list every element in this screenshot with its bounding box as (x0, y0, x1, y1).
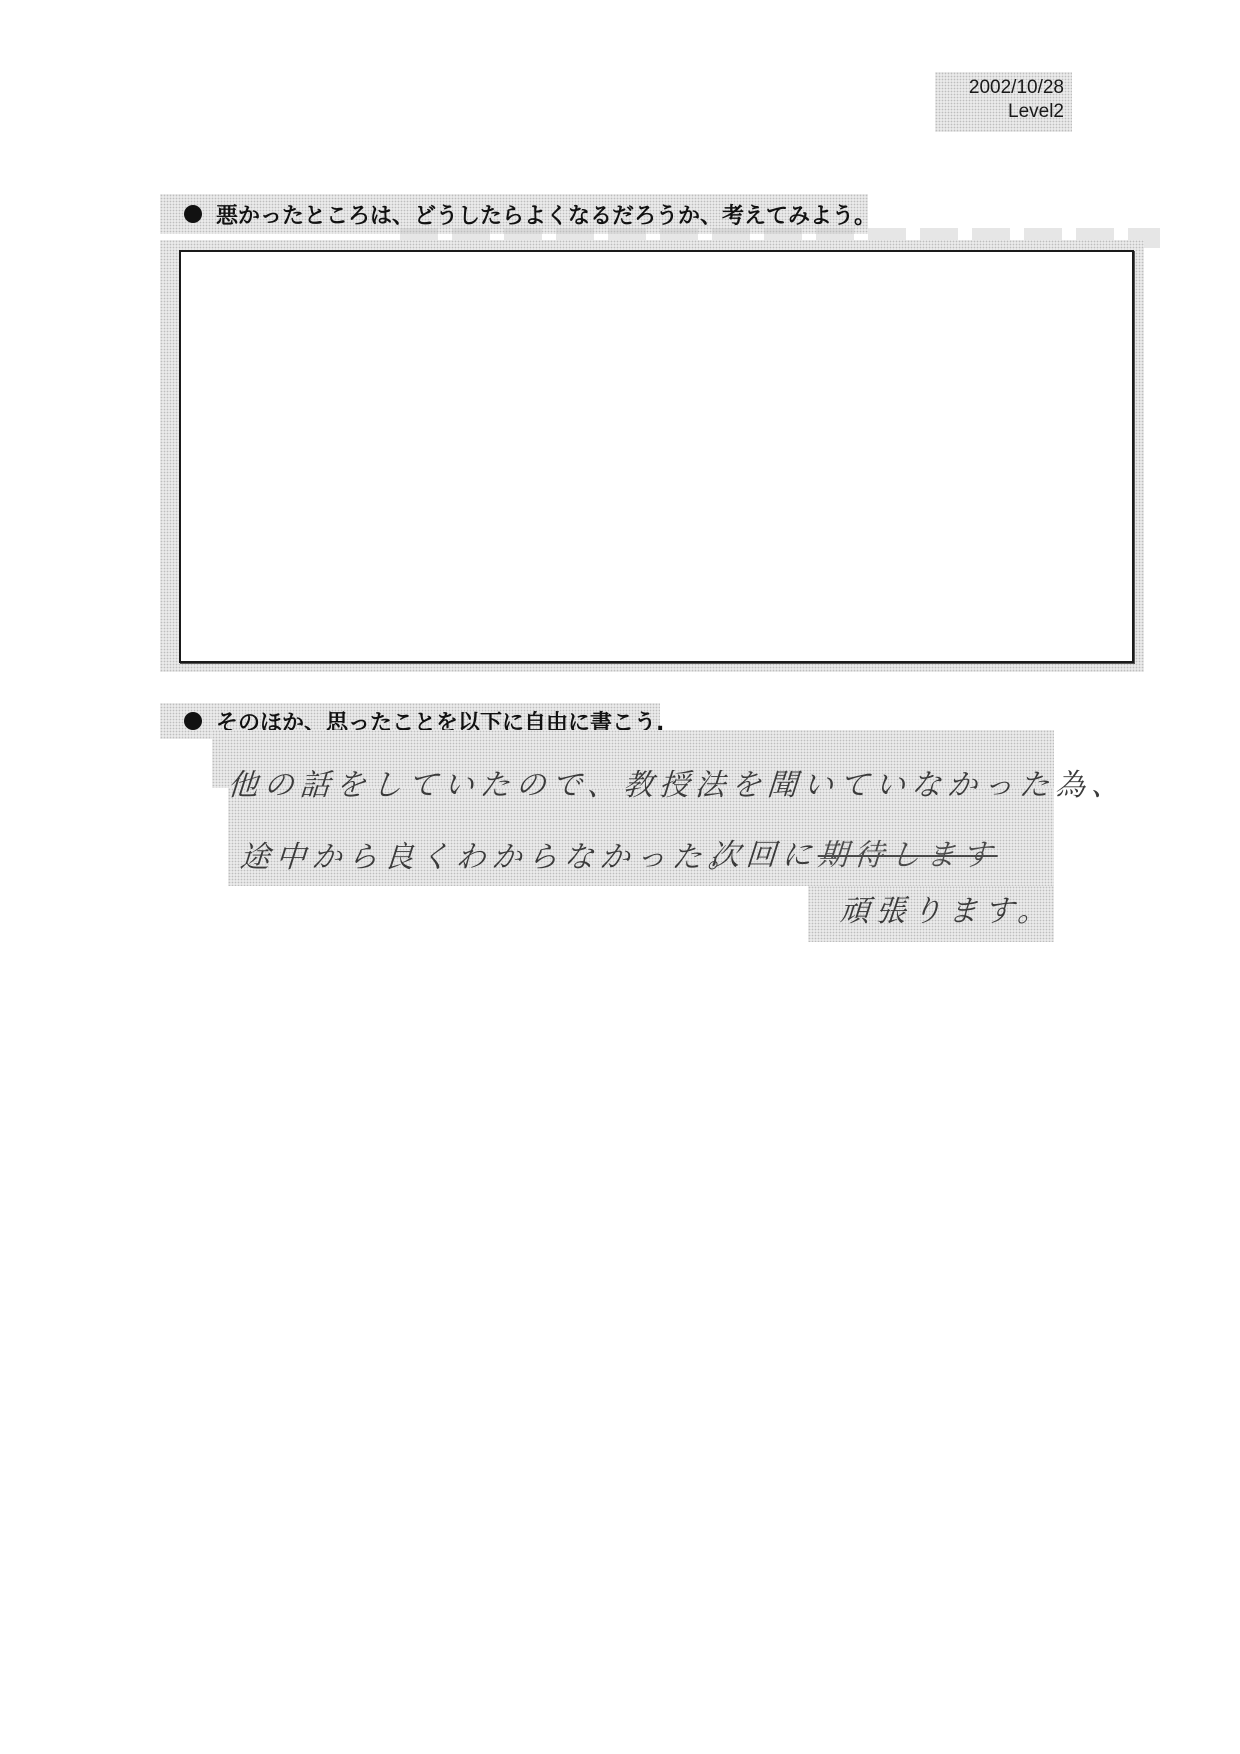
handwritten-struck-text: 期待します (817, 838, 999, 873)
document-date: 2002/10/28 (969, 77, 1064, 99)
section-heading-text: 悪かったところは、どうしたらよくなるだろうか、考えてみよう。 (216, 199, 876, 230)
handwritten-line-3: 頑張ります。 (838, 886, 1055, 930)
handwritten-next-time: 次回に (709, 838, 819, 873)
bullet-icon (184, 712, 202, 730)
document-level: Level2 (1008, 101, 1064, 123)
bullet-icon (184, 205, 202, 223)
document-meta: 2002/10/28 Level2 (935, 72, 1072, 132)
handwritten-line-2: 途中から良くわからなかった。 (238, 832, 745, 876)
handwritten-line-2-continuation: 次回に期待します (708, 830, 999, 874)
improvements-answer-box[interactable] (179, 250, 1134, 663)
handwritten-line-1: 他の話をしていたので、教授法を聞いていなかった為、 (226, 760, 1128, 804)
